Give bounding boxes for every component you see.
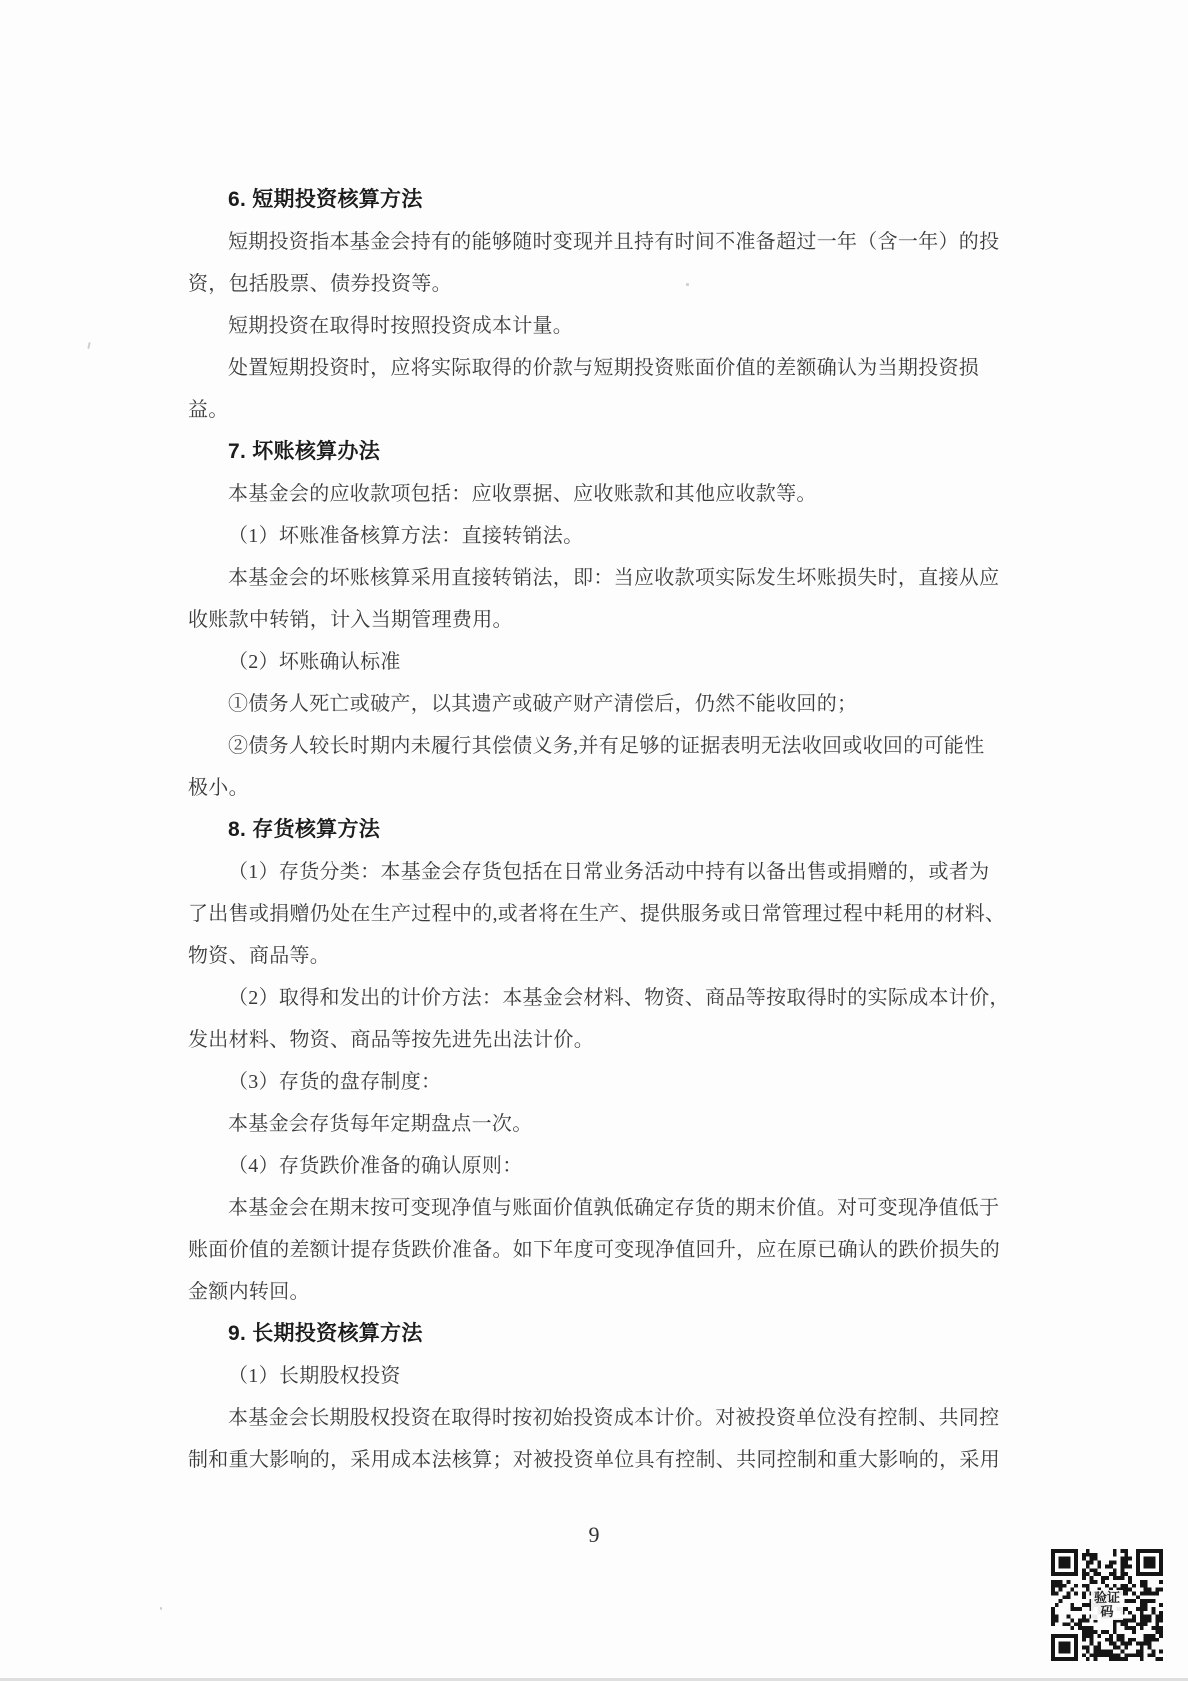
page-number: 9 [0,1522,1188,1548]
text-line: 金额内转回。 [188,1271,998,1313]
section-heading: 7. 坏账核算办法 [188,431,998,473]
text-line: 短期投资指本基金会持有的能够随时变现并且持有时间不准备超过一年（含一年）的投 [188,221,998,263]
text-line: （2）坏账确认标准 [188,641,998,683]
scan-speck [87,342,90,349]
text-line: （4）存货跌价准备的确认原则： [188,1145,998,1187]
text-line: 发出材料、物资、商品等按先进先出法计价。 [188,1019,998,1061]
section-heading: 9. 长期投资核算方法 [188,1313,998,1355]
text-line: 处置短期投资时，应将实际取得的价款与短期投资账面价值的差额确认为当期投资损 [188,347,998,389]
text-line: 本基金会长期股权投资在取得时按初始投资成本计价。对被投资单位没有控制、共同控 [188,1397,998,1439]
text-line: 本基金会的应收款项包括：应收票据、应收账款和其他应收款等。 [188,473,998,515]
text-line: 短期投资在取得时按照投资成本计量。 [188,305,998,347]
scanned-document-page: 6. 短期投资核算方法 短期投资指本基金会持有的能够随时变现并且持有时间不准备超… [0,0,1188,1681]
verification-qr-stamp: 验证码 [1051,1549,1163,1661]
text-line: 资，包括股票、债券投资等。 [188,263,998,305]
text-line: ②债务人较长时期内未履行其偿债义务,并有足够的证据表明无法收回或收回的可能性 [188,725,998,767]
text-line: （1）坏账准备核算方法：直接转销法。 [188,515,998,557]
scan-speck [160,1607,162,1610]
text-line: 极小。 [188,767,998,809]
text-line: 本基金会的坏账核算采用直接转销法，即：当应收款项实际发生坏账损失时，直接从应 [188,557,998,599]
text-line: （2）取得和发出的计价方法：本基金会材料、物资、商品等按取得时的实际成本计价， [188,977,998,1019]
text-line: 账面价值的差额计提存货跌价准备。如下年度可变现净值回升，应在原已确认的跌价损失的 [188,1229,998,1271]
text-line: ①债务人死亡或破产，以其遗产或破产财产清偿后，仍然不能收回的； [188,683,998,725]
text-line: 益。 [188,389,998,431]
text-line: 了出售或捐赠仍处在生产过程中的,或者将在生产、提供服务或日常管理过程中耗用的材料… [188,893,998,935]
text-line: 本基金会存货每年定期盘点一次。 [188,1103,998,1145]
section-heading: 8. 存货核算方法 [188,809,998,851]
qr-overlay-label: 验证码 [1091,1590,1123,1620]
text-line: （3）存货的盘存制度： [188,1061,998,1103]
section-heading: 6. 短期投资核算方法 [188,179,998,221]
text-line: 物资、商品等。 [188,935,998,977]
scan-speck [686,283,689,286]
text-line: （1）长期股权投资 [188,1355,998,1397]
text-line: （1）存货分类：本基金会存货包括在日常业务活动中持有以备出售或捐赠的，或者为 [188,851,998,893]
text-line: 收账款中转销，计入当期管理费用。 [188,599,998,641]
text-line: 制和重大影响的，采用成本法核算；对被投资单位具有控制、共同控制和重大影响的，采用 [188,1439,998,1481]
text-line: 本基金会在期末按可变现净值与账面价值孰低确定存货的期末价值。对可变现净值低于 [188,1187,998,1229]
document-body: 6. 短期投资核算方法 短期投资指本基金会持有的能够随时变现并且持有时间不准备超… [188,179,998,1481]
